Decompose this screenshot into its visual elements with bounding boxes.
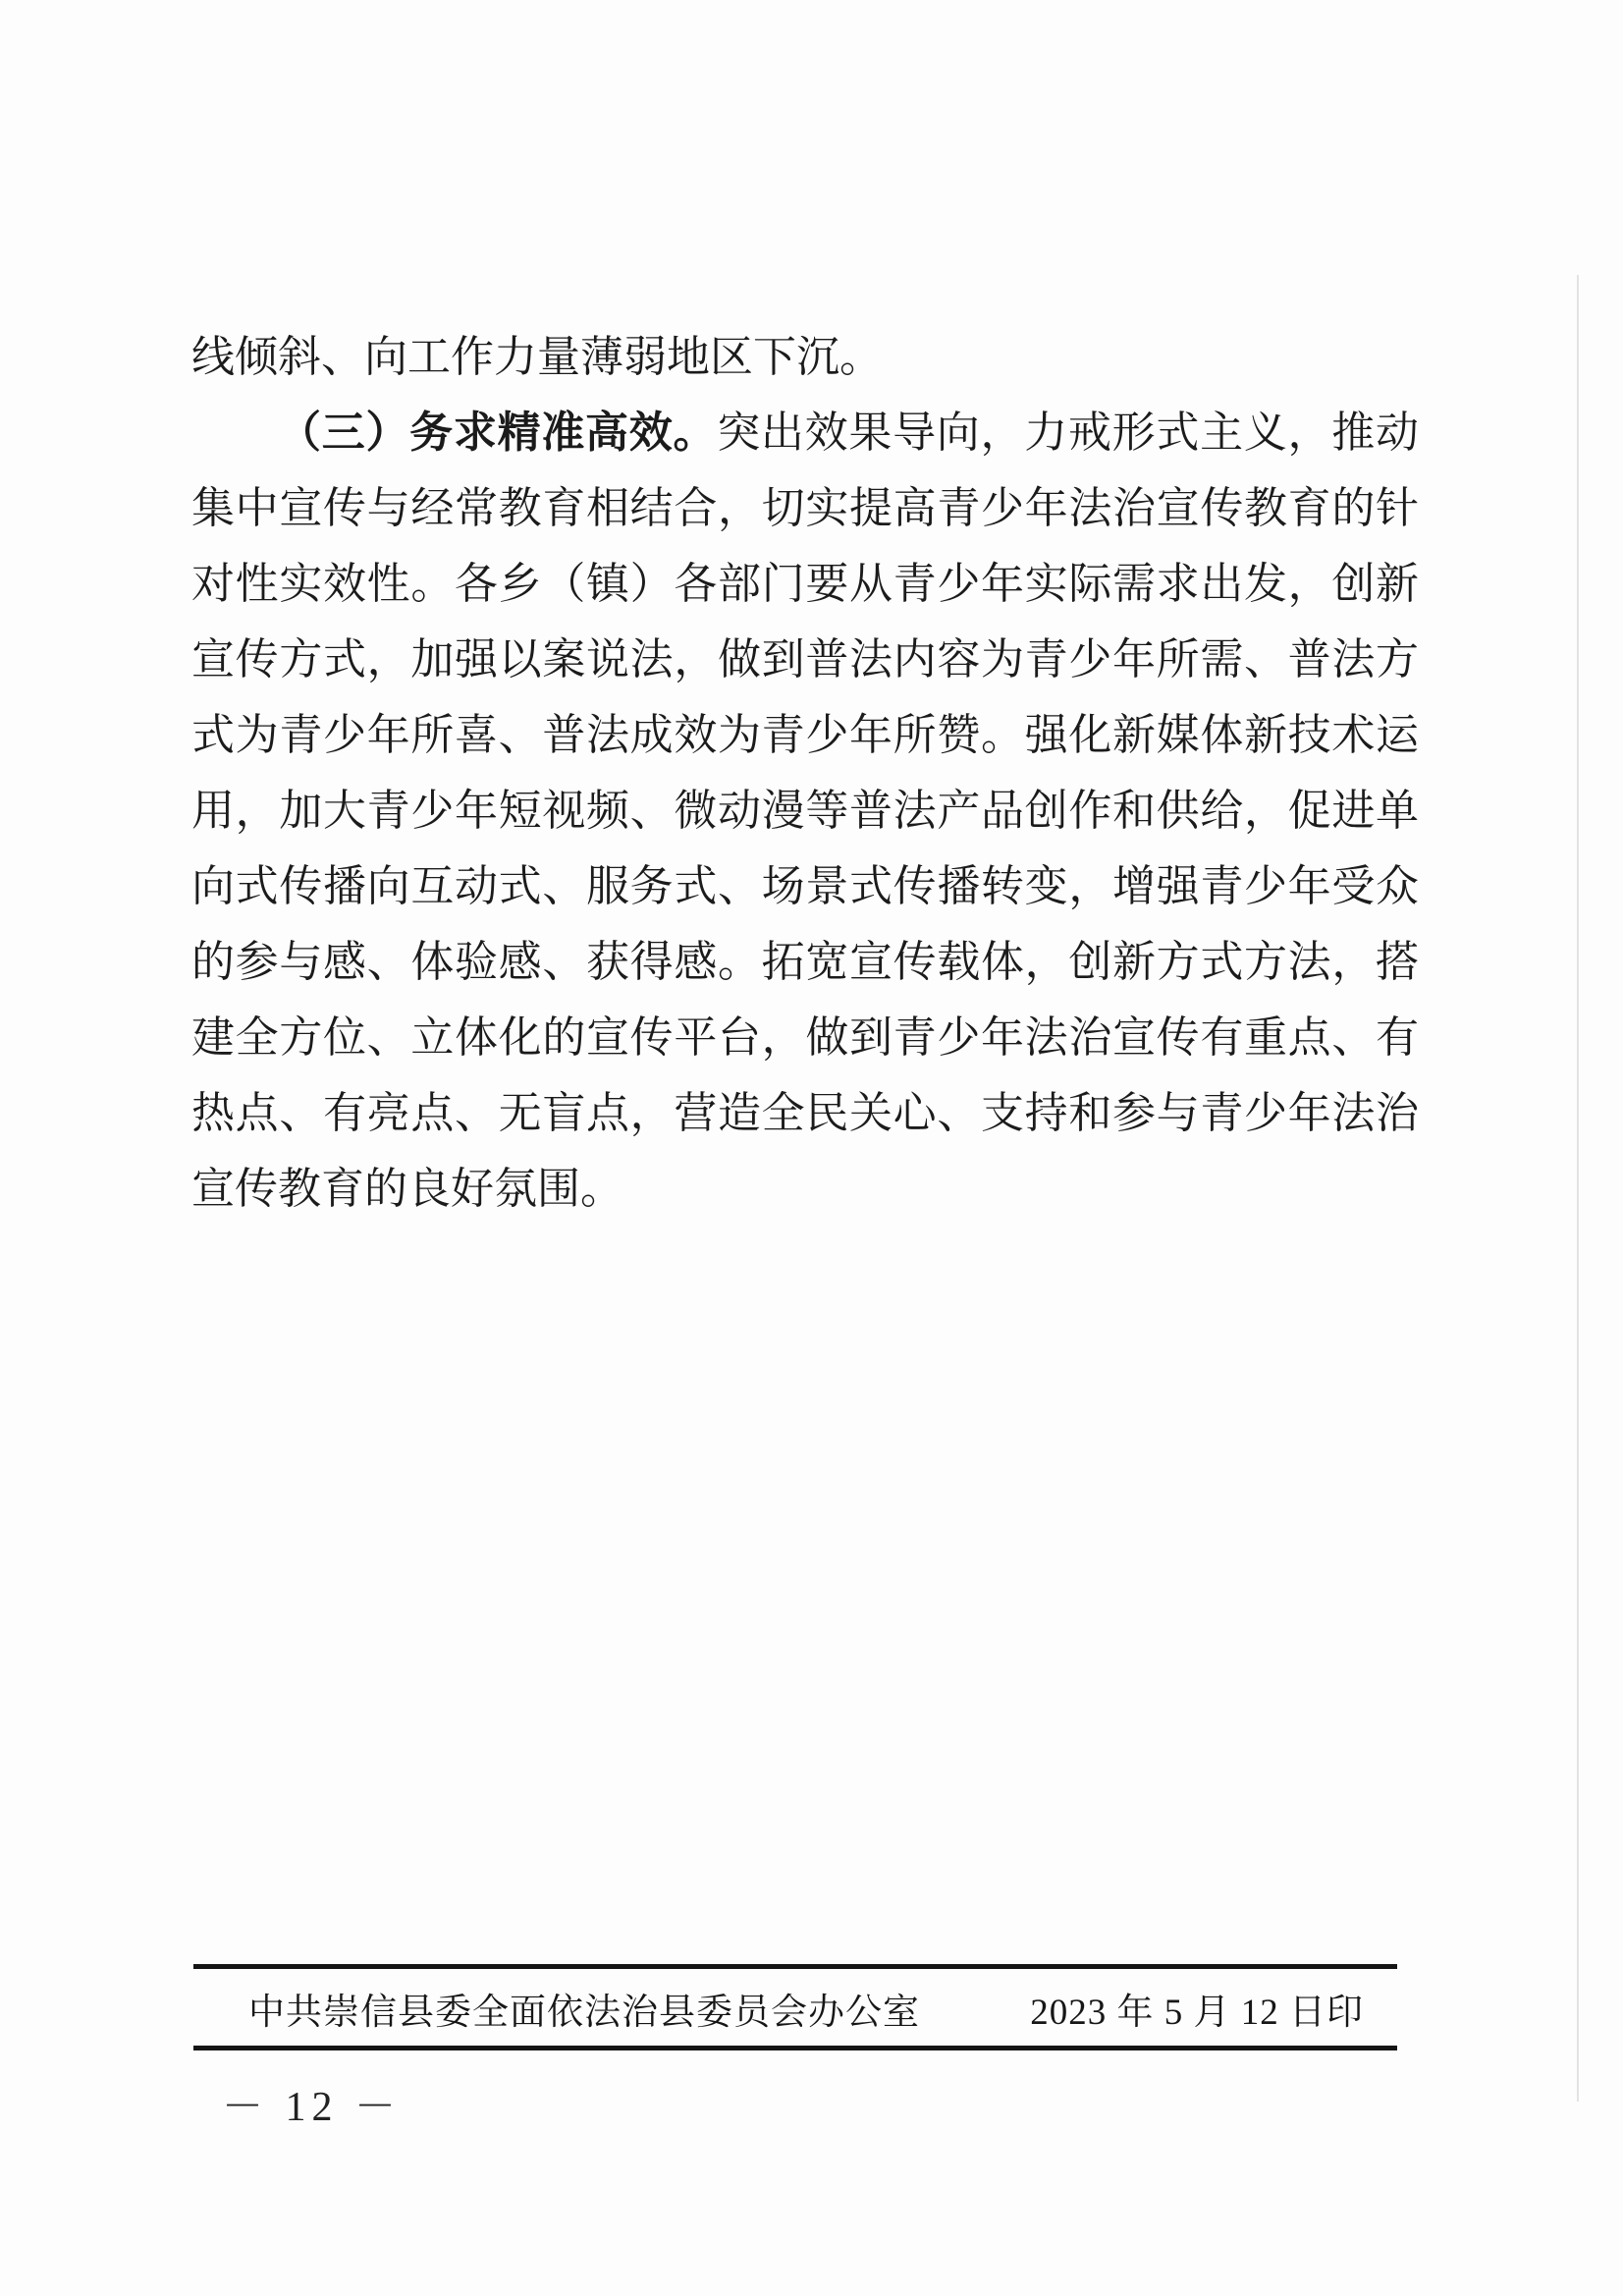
body-line-4: 对性实效性。各乡（镇）各部门要从青少年实际需求出发，创新 <box>191 546 1419 622</box>
body-line-6: 式为青少年所喜、普法成效为青少年所赞。强化新媒体新技术运 <box>191 697 1419 773</box>
footer-print-date: 2023 年 5 月 12 日印 <box>1030 1982 1364 2035</box>
body-line-11: 热点、有亮点、无盲点，营造全民关心、支持和参与青少年法治 <box>191 1075 1419 1151</box>
body-line-3: 集中宣传与经常教育相结合，切实提高青少年法治宣传教育的针 <box>191 470 1419 546</box>
footer-issuer: 中共崇信县委全面依法治县委员会办公室 <box>248 1982 920 2035</box>
body-line-2: （三）务求精准高效。突出效果导向，力戒形式主义，推动 <box>191 395 1419 470</box>
body-line-8: 向式传播向互动式、服务式、场景式传播转变，增强青少年受众 <box>191 848 1419 924</box>
footer-bottom-rule <box>193 2046 1397 2050</box>
body-line-1: 线倾斜、向工作力量薄弱地区下沉。 <box>191 319 1419 395</box>
footer-row: 中共崇信县委全面依法治县委员会办公室 2023 年 5 月 12 日印 <box>193 1974 1397 2043</box>
body-line-10: 建全方位、立体化的宣传平台，做到青少年法治宣传有重点、有 <box>191 1000 1419 1075</box>
document-body: 线倾斜、向工作力量薄弱地区下沉。 （三）务求精准高效。突出效果导向，力戒形式主义… <box>191 319 1419 1227</box>
body-line-12: 宣传教育的良好氛围。 <box>191 1151 1419 1227</box>
body-line-7: 用，加大青少年短视频、微动漫等普法产品创作和供给，促进单 <box>191 773 1419 848</box>
section-heading-bold: （三）务求精准高效。 <box>278 409 717 457</box>
footer-top-rule <box>193 1964 1397 1969</box>
body-line-9: 的参与感、体验感、获得感。拓宽宣传载体，创新方式方法，搭 <box>191 924 1419 1000</box>
scan-edge-shadow <box>1577 275 1579 2102</box>
section-heading-rest: 突出效果导向，力戒形式主义，推动 <box>717 409 1419 457</box>
body-line-5: 宣传方式，加强以案说法，做到普法内容为青少年所需、普法方 <box>191 622 1419 697</box>
document-page: { "document": { "body": { "lines": [ { "… <box>0 0 1623 2296</box>
page-number: － 12 － <box>222 2074 402 2133</box>
